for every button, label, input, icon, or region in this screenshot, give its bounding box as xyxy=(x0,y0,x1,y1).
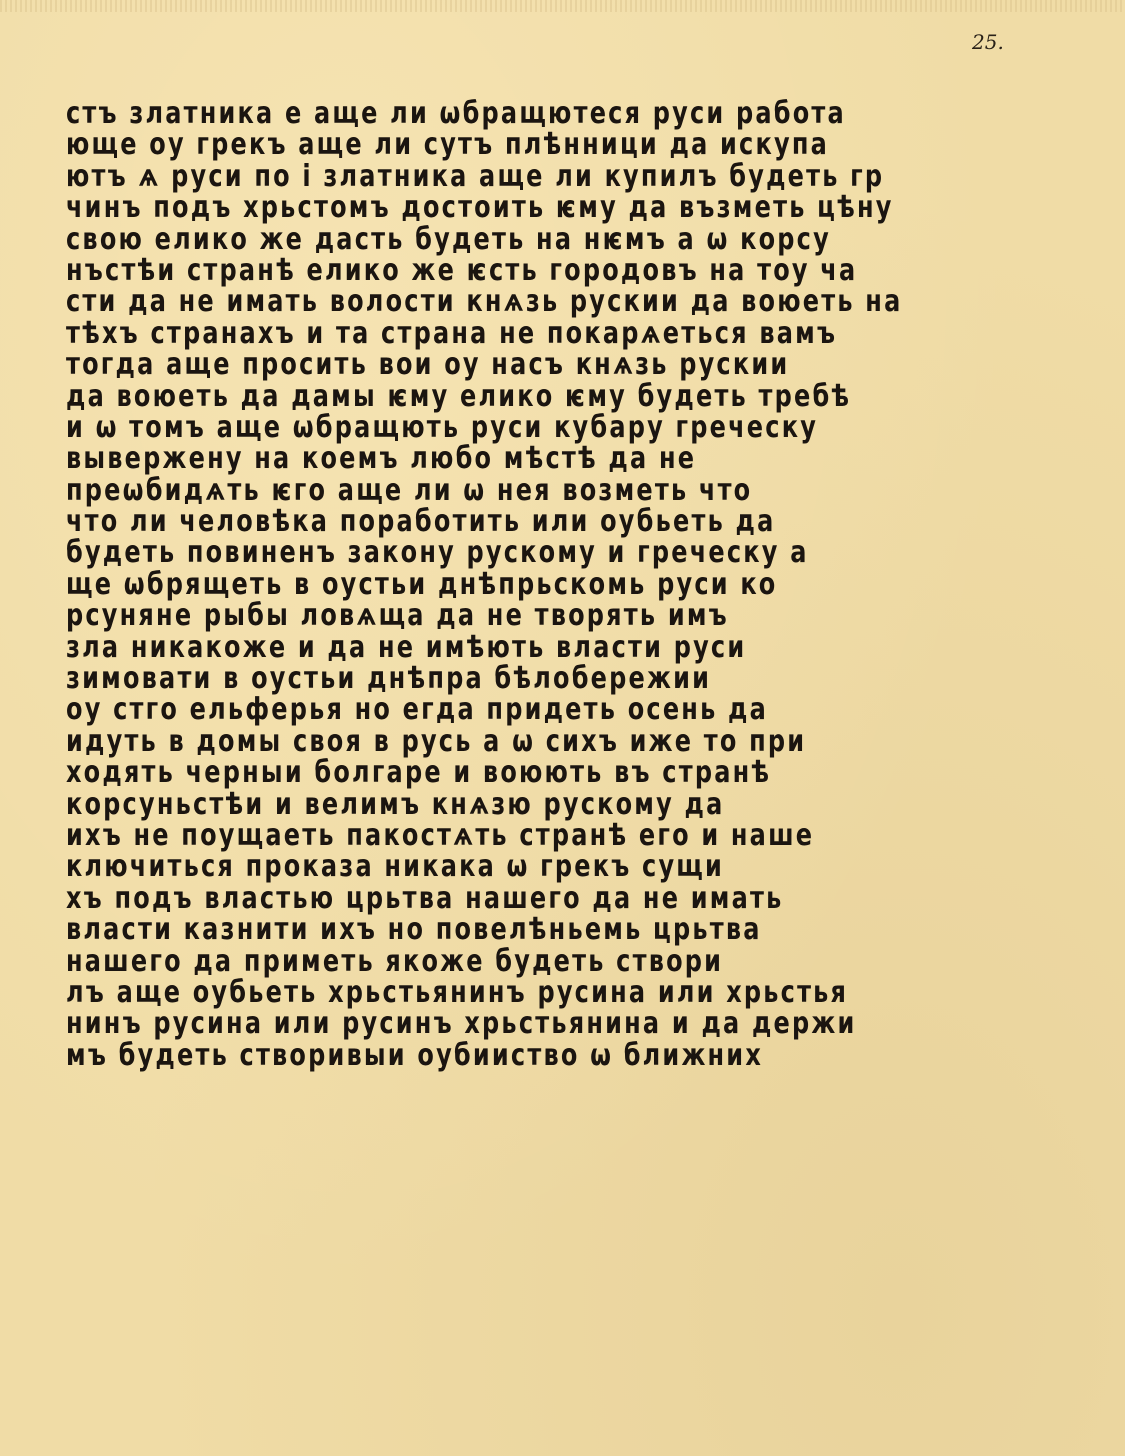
manuscript-page: 25. стъ златника е аще ли ѡбращютеся рус… xyxy=(0,0,1125,1456)
page-number: 25. xyxy=(972,30,1004,54)
page-edge-strip xyxy=(0,0,1125,12)
manuscript-text-block: стъ златника е аще ли ѡбращютеся руси ра… xyxy=(66,98,1056,1071)
manuscript-line-31: мъ будеть створивыи оубииство ѡ ближних xyxy=(66,1036,1056,1075)
